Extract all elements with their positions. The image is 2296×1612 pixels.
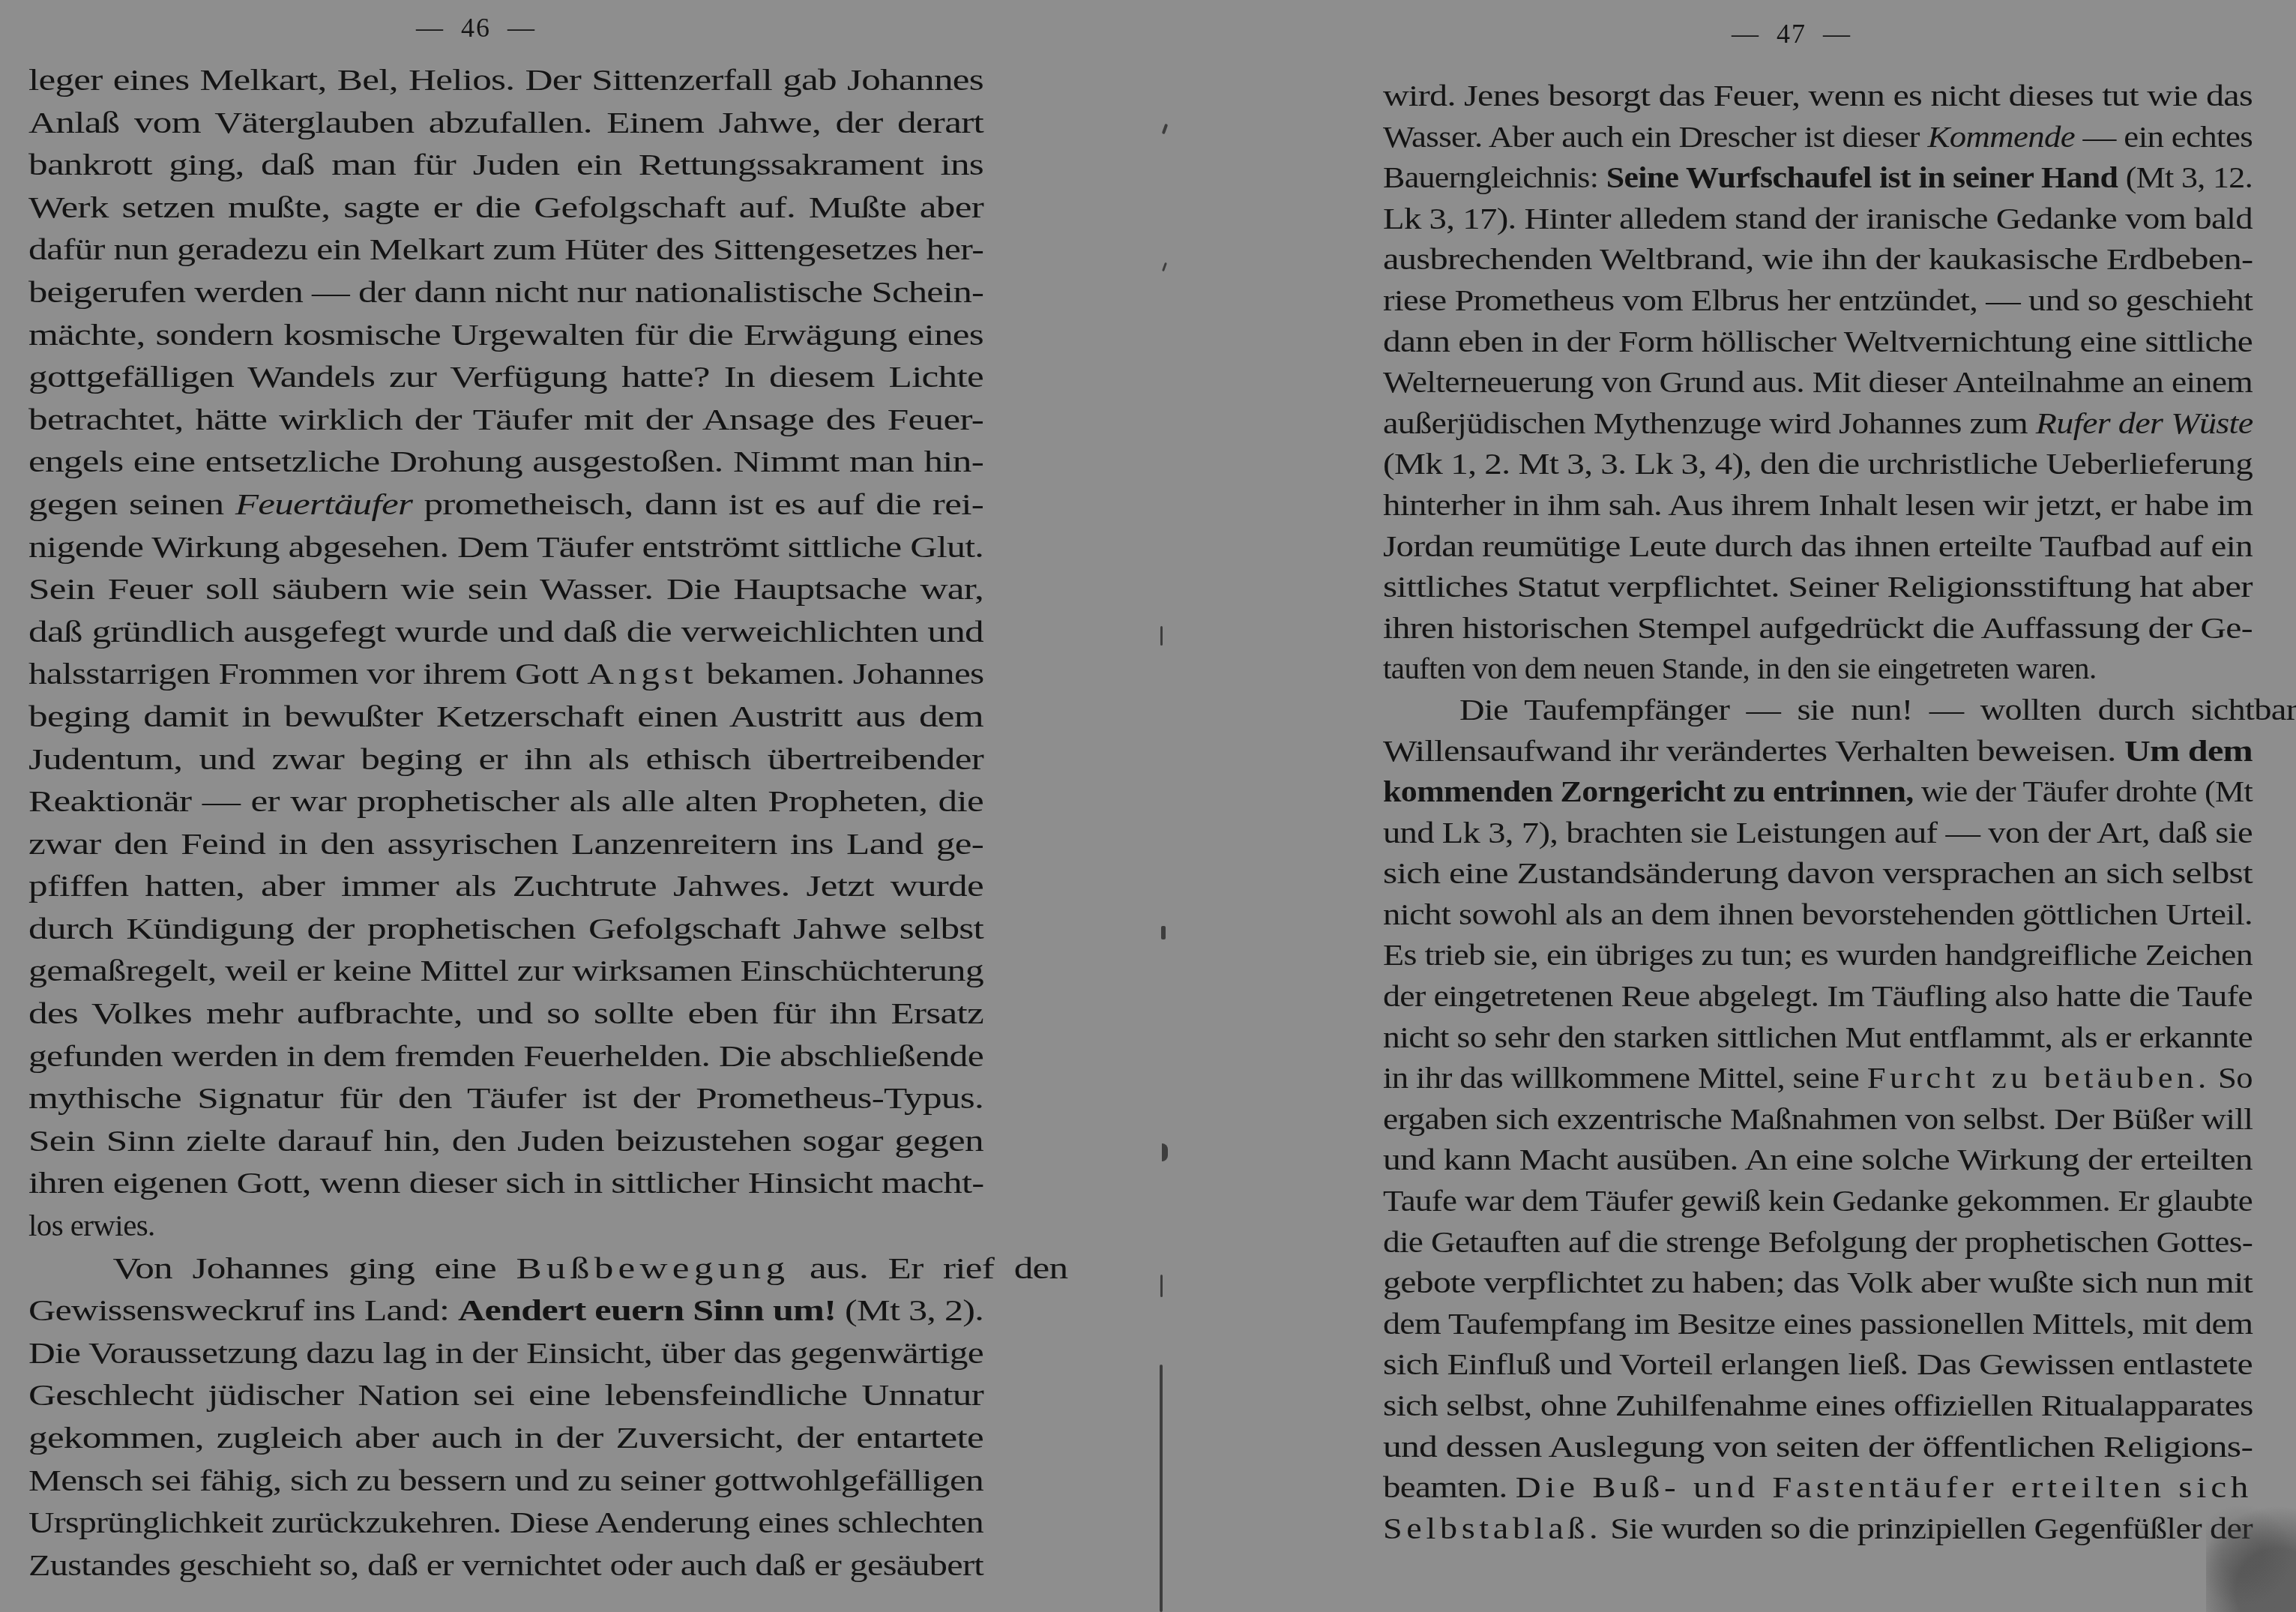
text-run: (Mt 3, 2).: [836, 1293, 983, 1327]
bold-emphasis: Seine Wurfschaufel ist in seiner Hand: [1606, 160, 2118, 194]
italic-emphasis: Rufer der Wüste: [2036, 406, 2253, 440]
left-page: — 46 — leger eines Melkart, Bel, Helios.…: [0, 0, 1124, 1612]
left-page-text: leger eines Melkart, Bel, Helios. Der Si…: [28, 58, 983, 1586]
spaced-emphasis: Bußbewegung: [516, 1251, 790, 1285]
text-line: sittliches Statut verpflichtet. Seiner R…: [1383, 566, 2253, 607]
text-run: prometheisch, dann ist es auf die rei-: [412, 487, 983, 521]
text-line: Lk 3, 17). Hinter alledem stand der iran…: [1383, 198, 2253, 239]
text-line: des Volkes mehr aufbrachte, und so sollt…: [28, 992, 983, 1035]
text-run: außerjüdischen Mythenzuge wird Johannes …: [1383, 406, 2036, 440]
bold-emphasis: Aendert euern Sinn um!: [458, 1293, 836, 1327]
text-line: nicht so sehr den starken sittlichen Mut…: [1383, 1017, 2253, 1058]
text-line: Ursprünglichkeit zurückzukehren. Diese A…: [28, 1501, 983, 1544]
book-spread: — 46 — leger eines Melkart, Bel, Helios.…: [0, 0, 2296, 1612]
text-run: in ihr das willkommene Mittel, seine: [1383, 1060, 1867, 1095]
text-line: Selbstablaß. Sie wurden so die prinzipie…: [1383, 1508, 2253, 1549]
text-line: ihren eigenen Gott, wenn dieser sich in …: [28, 1161, 983, 1204]
text-line: beigerufen werden — der dann nicht nur n…: [28, 271, 983, 313]
text-run: Sie wurden so die prinzipiellen Gegenfüß…: [1602, 1511, 2253, 1545]
text-line: und Lk 3, 7), brachten sie Leistungen au…: [1383, 812, 2253, 853]
gutter-mark: [1162, 124, 1169, 135]
text-line: Jordan reumütige Leute durch das ihnen e…: [1383, 526, 2253, 567]
text-line: Geschlecht jüdischer Nation sei eine leb…: [28, 1374, 983, 1416]
text-line: sich selbst, ohne Zuhilfenahme eines off…: [1383, 1385, 2253, 1426]
text-line: gemaßregelt, weil er keine Mittel zur wi…: [28, 949, 983, 992]
text-line: Es trieb sie, ein übriges zu tun; es wur…: [1383, 934, 2253, 975]
text-run: wie der Täufer drohte (Mt: [1914, 774, 2253, 808]
text-line: gebote verpflichtet zu haben; das Volk a…: [1383, 1262, 2253, 1303]
italic-emphasis: Feuertäufer: [235, 487, 413, 521]
text-run: Gewissensweckruf ins Land:: [28, 1293, 458, 1327]
text-line: leger eines Melkart, Bel, Helios. Der Si…: [28, 58, 983, 101]
right-page: — 47 — wird. Jenes besorgt das Feuer, we…: [1229, 0, 2296, 1612]
text-line: gottgefälligen Wandels zur Verfügung hat…: [28, 355, 983, 398]
text-line: engels eine entsetzliche Drohung ausgest…: [28, 440, 983, 483]
text-line: betrachtet, hätte wirklich der Täufer mi…: [28, 398, 983, 441]
paragraph-start-line: Von Johannes ging eine Bußbewegung aus. …: [28, 1247, 1067, 1290]
italic-emphasis: Kommende: [1927, 119, 2075, 154]
gutter-mark: [1161, 926, 1166, 939]
text-line: ergaben sich exzentrische Maßnahmen von …: [1383, 1098, 2253, 1140]
gutter-mark: [1160, 626, 1163, 646]
text-line: die Getauften auf die strenge Befolgung …: [1383, 1221, 2253, 1263]
text-line: außerjüdischen Mythenzuge wird Johannes …: [1383, 403, 2253, 444]
text-line: Taufe war dem Täufer gewiß kein Gedanke …: [1383, 1180, 2253, 1221]
gutter-mark: [1160, 1275, 1163, 1297]
page-number-right: — 47 —: [1732, 18, 1851, 49]
text-line: Anlaß vom Väterglauben abzufallen. Einem…: [28, 101, 983, 144]
page-number-left: — 46 —: [416, 12, 536, 43]
text-line: Werk setzen mußte, sagte er die Gefolgsc…: [28, 186, 983, 229]
text-line: dem Taufempfang im Besitze eines passion…: [1383, 1303, 2253, 1344]
text-line: Mensch sei fähig, sich zu bessern und zu…: [28, 1459, 983, 1502]
text-run: Wasser. Aber auch ein Drescher ist diese…: [1383, 119, 1927, 154]
scan-speckle-noise: [2206, 1470, 2296, 1612]
text-line: ausbrechenden Weltbrand, wie ihn der kau…: [1383, 238, 2253, 280]
spaced-emphasis: Die Buß- und Fastentäufer erteilten sich: [1516, 1470, 2253, 1504]
text-line: Sein Feuer soll säubern wie sein Wasser.…: [28, 568, 983, 610]
text-line: dafür nun geradezu ein Melkart zum Hüter…: [28, 228, 983, 271]
text-run: beamten.: [1383, 1470, 1516, 1504]
text-line: Wasser. Aber auch ein Drescher ist diese…: [1383, 116, 2253, 157]
gutter-mark: [1162, 262, 1167, 271]
text-line: beging damit in bewußter Ketzerschaft ei…: [28, 695, 983, 738]
text-line: pfiffen hatten, aber immer als Zuchtrute…: [28, 864, 983, 907]
text-line: durch Kündigung der prophetischen Gefolg…: [28, 907, 983, 950]
text-line: mächte, sondern kosmische Urgewalten für…: [28, 313, 983, 356]
right-page-text: wird. Jenes besorgt das Feuer, wenn es n…: [1383, 75, 2253, 1548]
text-line: hinterher in ihm sah. Aus ihrem Inhalt l…: [1383, 484, 2253, 526]
text-run: So: [2211, 1060, 2253, 1095]
text-line: in ihr das willkommene Mittel, seine Fur…: [1383, 1057, 2253, 1098]
text-line: riese Prometheus vom Elbrus her entzünde…: [1383, 280, 2253, 321]
spaced-emphasis: Angst: [587, 656, 698, 691]
text-line: Welterneuerung von Grund aus. Mit dieser…: [1383, 361, 2253, 403]
text-line: wird. Jenes besorgt das Feuer, wenn es n…: [1383, 75, 2253, 116]
paragraph-start-line: Die Taufempfänger — sie nun! — wollten d…: [1383, 689, 2296, 730]
text-line: beamten. Die Buß- und Fastentäufer ertei…: [1383, 1467, 2253, 1508]
text-line: zwar den Feind in den assyrischen Lanzen…: [28, 822, 983, 865]
text-run: halsstarrigen Frommen vor ihrem Gott: [28, 656, 587, 691]
text-run: Von Johannes ging eine: [113, 1251, 516, 1285]
text-line: dann eben in der Form höllischer Weltver…: [1383, 321, 2253, 362]
text-line: Gewissensweckruf ins Land: Aendert euern…: [28, 1289, 983, 1332]
text-line: Zustandes geschieht so, daß er vernichte…: [28, 1544, 983, 1587]
text-run: — ein echtes: [2075, 119, 2253, 154]
gutter-mark: [1160, 1365, 1163, 1612]
text-run: (Mt 3, 12.: [2118, 160, 2253, 194]
text-line: halsstarrigen Frommen vor ihrem Gott Ang…: [28, 652, 983, 695]
text-run: gegen seinen: [28, 487, 235, 521]
text-line: und dessen Auslegung von seiten der öffe…: [1383, 1426, 2253, 1467]
text-line: ihren historischen Stempel aufgedrückt d…: [1383, 607, 2253, 649]
text-line: Bauerngleichnis: Seine Wurfschaufel ist …: [1383, 157, 2253, 198]
gutter-mark: [1162, 1143, 1168, 1161]
bold-emphasis: kommenden Zorngericht zu entrinnen,: [1383, 774, 1914, 808]
paragraph-end-line: los erwies.: [28, 1204, 983, 1247]
text-line: sich Einfluß und Vorteil erlangen ließ. …: [1383, 1344, 2253, 1385]
text-line: der eingetretenen Reue abgelegt. Im Täuf…: [1383, 975, 2253, 1017]
text-line: Judentum, und zwar beging er ihn als eth…: [28, 738, 983, 781]
text-line: sich eine Zustandsänderung davon verspra…: [1383, 852, 2253, 894]
text-line: daß gründlich ausgefegt wurde und daß di…: [28, 610, 983, 653]
text-line: gekommen, zugleich aber auch in der Zuve…: [28, 1416, 983, 1459]
text-line: Sein Sinn zielte darauf hin, den Juden b…: [28, 1119, 983, 1162]
text-line: kommenden Zorngericht zu entrinnen, wie …: [1383, 771, 2253, 812]
spaced-emphasis: Furcht zu betäuben.: [1867, 1060, 2211, 1095]
text-run: Willensaufwand ihr verändertes Verhalten…: [1383, 733, 2124, 768]
text-line: nigende Wirkung abgesehen. Dem Täufer en…: [28, 526, 983, 568]
text-line: gefunden werden in dem fremden Feuerheld…: [28, 1035, 983, 1077]
text-run: Bauerngleichnis:: [1383, 160, 1606, 194]
text-line: Die Voraussetzung dazu lag in der Einsic…: [28, 1332, 983, 1374]
text-line: mythische Signatur für den Täufer ist de…: [28, 1077, 983, 1119]
paragraph-end-line: tauften von dem neuen Stande, in den sie…: [1383, 648, 2253, 689]
text-run: aus. Er rief den: [789, 1251, 1067, 1285]
text-line: Reaktionär — er war prophetischer als al…: [28, 780, 983, 822]
text-line: gegen seinen Feuertäufer prometheisch, d…: [28, 483, 983, 526]
text-line: und kann Macht ausüben. An eine solche W…: [1383, 1139, 2253, 1180]
text-run: bekamen. Johannes: [698, 656, 984, 691]
bold-emphasis: Um dem: [2124, 733, 2253, 768]
text-line: (Mk 1, 2. Mt 3, 3. Lk 3, 4), den die urc…: [1383, 443, 2253, 484]
text-line: bankrott ging, daß man für Juden ein Ret…: [28, 143, 983, 186]
text-line: Willensaufwand ihr verändertes Verhalten…: [1383, 730, 2253, 772]
text-line: nicht sowohl als an dem ihnen bevorstehe…: [1383, 894, 2253, 935]
spaced-emphasis: Selbstablaß.: [1383, 1511, 1602, 1545]
